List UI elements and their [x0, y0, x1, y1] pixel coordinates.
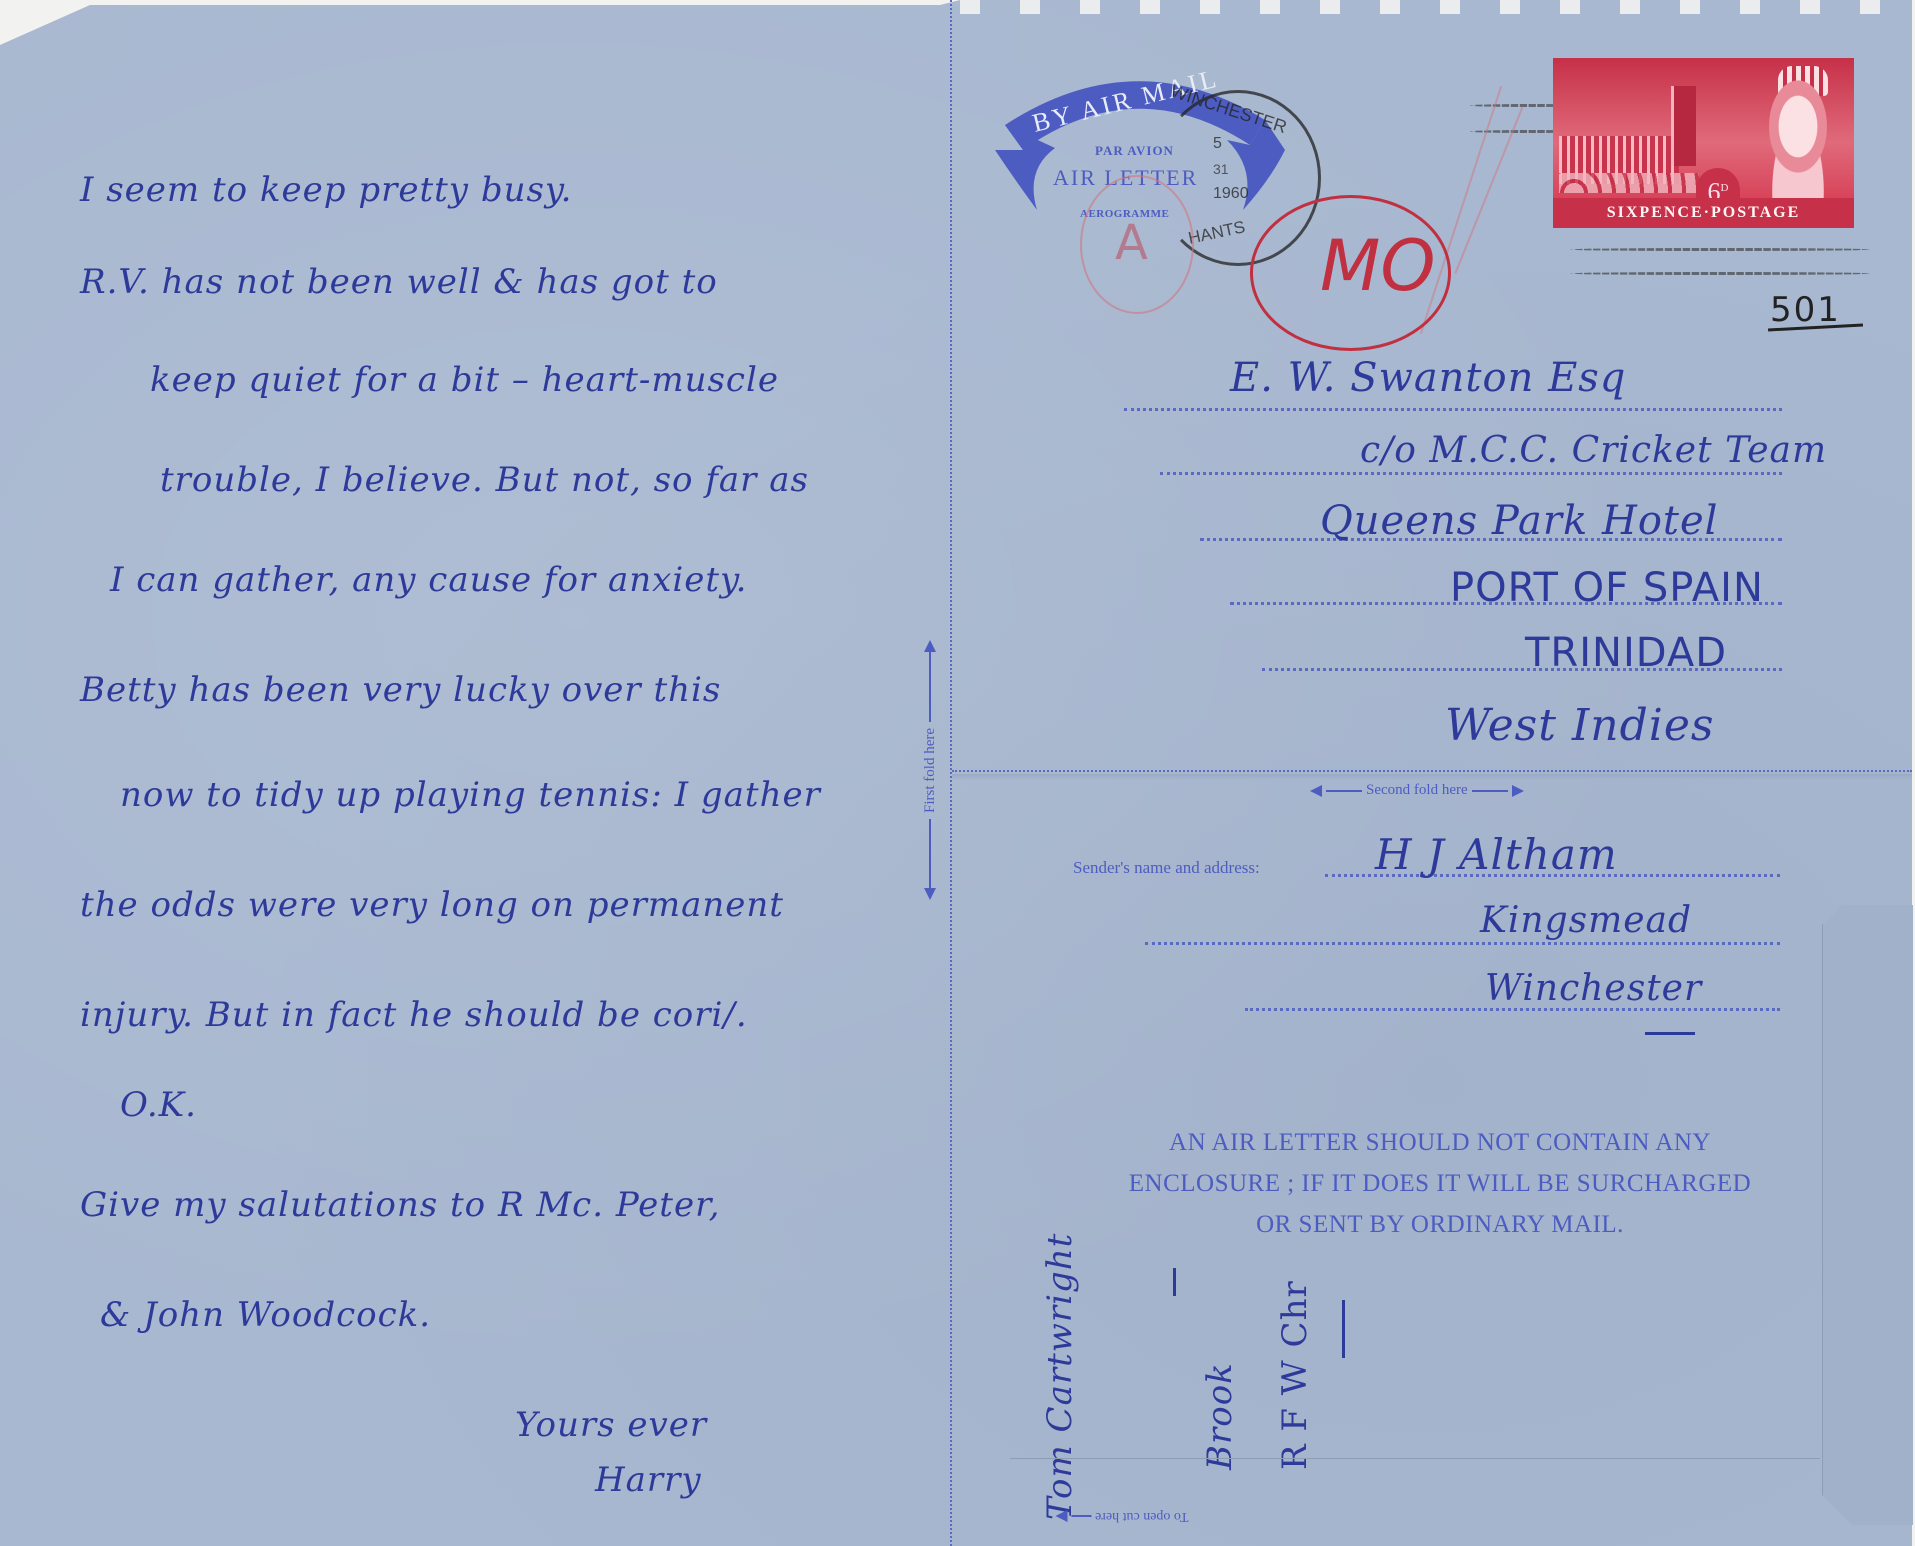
sender-label: Sender's name and address:: [1073, 858, 1260, 878]
stamp-clock-tower-icon: [1671, 86, 1696, 166]
red-circled-mark: MO: [1320, 225, 1436, 307]
postage-stamp: 6D SIXPENCE·POSTAGE: [1553, 58, 1854, 228]
notice-line: OR SENT BY ORDINARY MAIL.: [1040, 1204, 1840, 1245]
letter-line: R.V. has not been well & has got to: [80, 262, 718, 302]
second-fold-text: Second fold here: [1366, 782, 1468, 799]
letter-line: trouble, I believe. But not, so far as: [160, 460, 809, 500]
letter-line: Give my salutations to R Mc. Peter,: [80, 1185, 720, 1225]
flap-edge-line: [1010, 1458, 1820, 1459]
cancellation-wave: [1570, 272, 1870, 275]
sender-underline: [1645, 1032, 1695, 1035]
second-fold-label: Second fold here: [1310, 782, 1524, 799]
arrow-left-icon: [1310, 785, 1322, 797]
sender-dotted-line: [1145, 942, 1780, 945]
margin-dash: [1173, 1268, 1176, 1296]
letter-line: keep quiet for a bit – heart-muscle: [150, 360, 779, 400]
margin-note: Brook: [1200, 1362, 1240, 1470]
cut-here-text: To open cut here: [1095, 1508, 1188, 1524]
letter-line: injury. But in fact he should be cori/.: [80, 995, 748, 1035]
arrow-shaft: [929, 652, 931, 722]
letter-closing: Yours ever: [515, 1405, 707, 1445]
postmark-time: 31: [1213, 161, 1229, 177]
faint-red-letter: A: [1115, 215, 1148, 271]
first-fold-text: First fold here: [922, 722, 939, 819]
gummed-flap: [1822, 905, 1913, 1525]
letter-line: I can gather, any cause for anxiety.: [110, 560, 748, 600]
enclosure-notice: AN AIR LETTER SHOULD NOT CONTAIN ANY ENC…: [1040, 1122, 1840, 1245]
notice-line: ENCLOSURE ; IF IT DOES IT WILL BE SURCHA…: [1040, 1163, 1840, 1204]
margin-note: Tom Cartwright: [1040, 1233, 1080, 1520]
margin-note: R F W Chr: [1275, 1280, 1315, 1470]
cut-here-label: To open cut here: [1055, 1508, 1188, 1524]
sender-name: H J Altham: [1375, 830, 1618, 879]
sender-address-line: Winchester: [1485, 968, 1702, 1009]
arrow-icon: [1055, 1510, 1067, 1522]
stamp-bridge-icon: [1559, 173, 1699, 193]
address-line: E. W. Swanton Esq: [1230, 355, 1626, 401]
arrow-shaft: [1472, 790, 1508, 792]
cancellation-wave: [1570, 248, 1870, 251]
arrow-right-icon: [1512, 785, 1524, 797]
address-dotted-line: [1160, 472, 1782, 475]
address-line: Queens Park Hotel: [1320, 498, 1718, 544]
letter-line: the odds were very long on permanent: [80, 885, 784, 925]
first-fold-label: First fold here: [910, 640, 950, 900]
letter-line: now to tidy up playing tennis: I gather: [120, 775, 821, 815]
postmark-county: HANTS: [1187, 217, 1248, 249]
letter-line: I seem to keep pretty busy.: [80, 170, 572, 210]
address-line: TRINIDAD: [1525, 630, 1727, 676]
postmark-day: 5: [1213, 135, 1222, 153]
stamp-legend: SIXPENCE·POSTAGE: [1553, 198, 1854, 228]
second-fold-line: [952, 770, 1912, 772]
stamp-queen-portrait-icon: [1753, 68, 1843, 198]
letter-line: Betty has been very lucky over this: [80, 670, 721, 710]
sender-address-line: Kingsmead: [1480, 900, 1692, 941]
first-fold-line: [950, 0, 952, 1546]
arrow-shaft: [1326, 790, 1362, 792]
arrow-up-icon: [924, 640, 936, 652]
arrow-shaft: [929, 819, 931, 889]
reference-number: 501: [1770, 290, 1841, 330]
postmark-year: 1960: [1213, 185, 1249, 203]
letter-signature: Harry: [595, 1460, 702, 1500]
address-line: PORT OF SPAIN: [1450, 565, 1764, 611]
fold-crease-shadow: [952, 774, 1912, 780]
letter-line: & John Woodcock.: [100, 1295, 431, 1335]
address-line: c/o M.C.C. Cricket Team: [1360, 430, 1827, 471]
address-line: West Indies: [1445, 700, 1715, 751]
arrow-down-icon: [924, 888, 936, 900]
margin-dash: [1342, 1300, 1345, 1358]
torn-top-edge: [960, 0, 1915, 14]
letter-line: O.K.: [120, 1085, 197, 1125]
address-dotted-line: [1124, 408, 1782, 411]
arrow-shaft: [1071, 1515, 1091, 1517]
notice-line: AN AIR LETTER SHOULD NOT CONTAIN ANY: [1040, 1122, 1840, 1163]
